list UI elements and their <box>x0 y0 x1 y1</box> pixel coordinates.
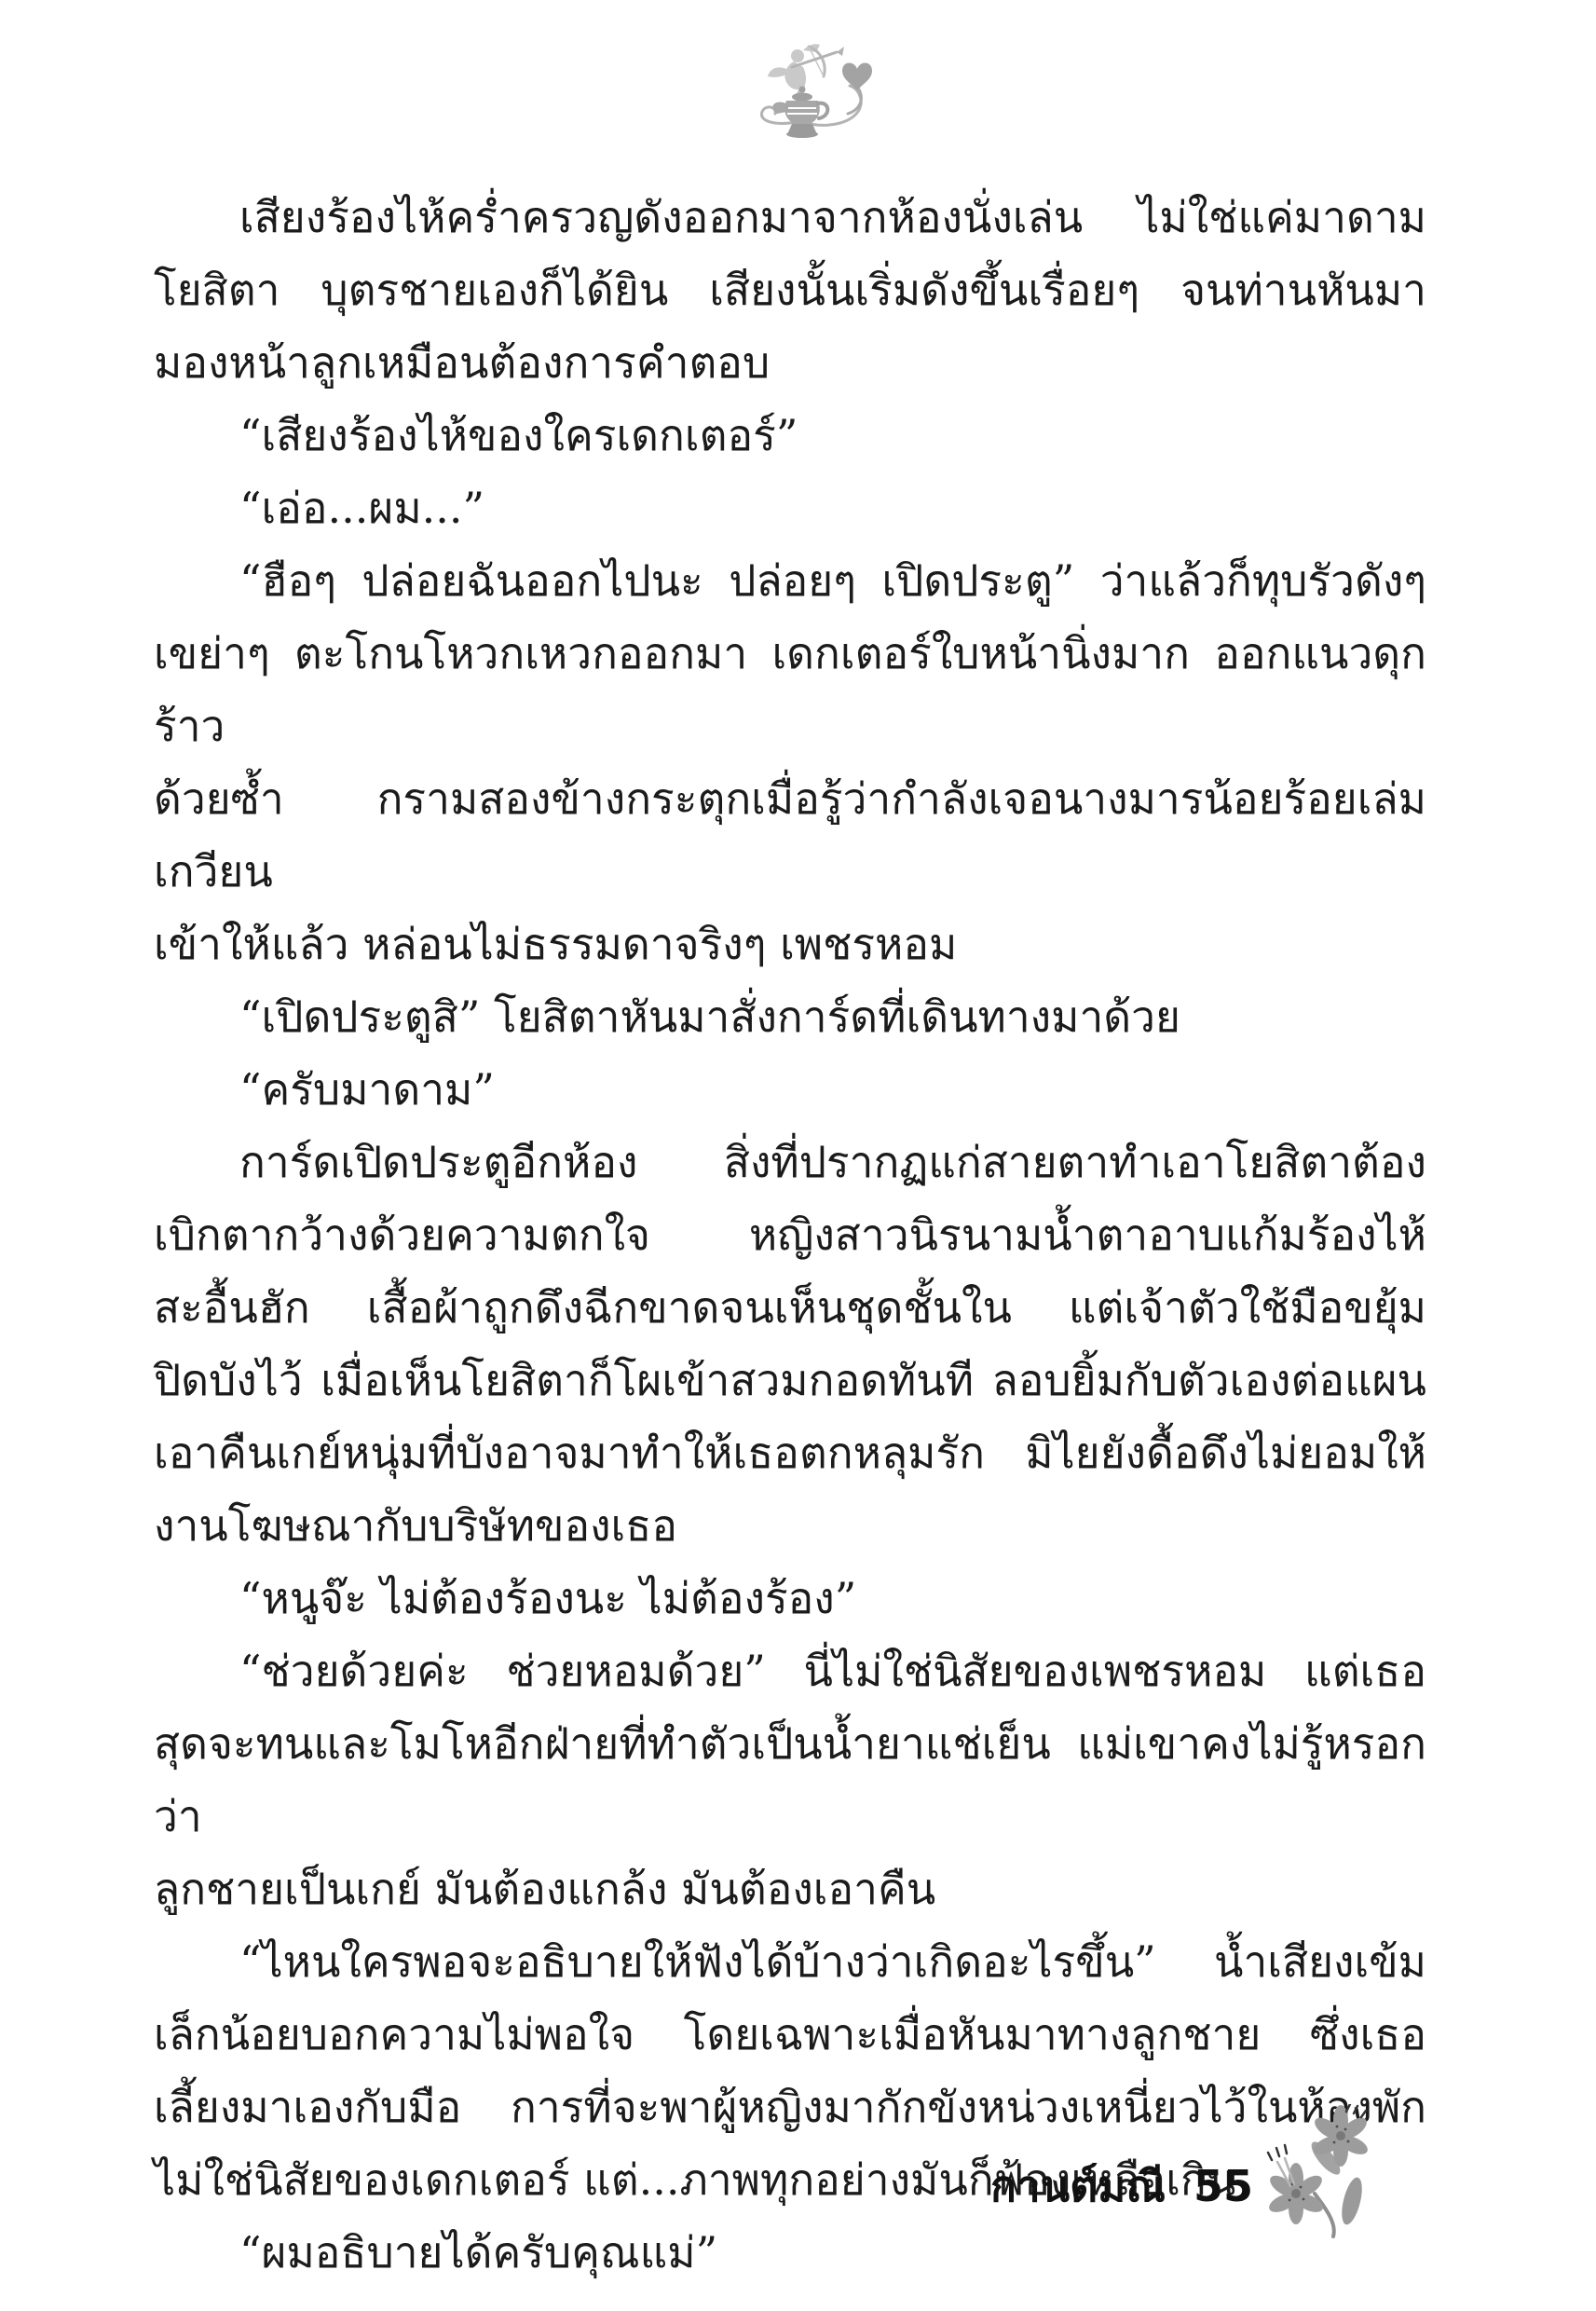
text-line: มองหน้าลูกเหมือนต้องการคำตอบ <box>154 326 1426 399</box>
text-line: “ไหนใครพอจะอธิบายให้ฟังได้บ้างว่าเกิดอะไ… <box>154 1925 1426 1998</box>
text-line: เสียงร้องไห้คร่ำครวญดังออกมาจากห้องนั่งเ… <box>154 181 1426 253</box>
text-line: สะอื้นฮัก เสื้อผ้าถูกดึงฉีกขาดจนเห็นชุดช… <box>154 1271 1426 1344</box>
text-line: ปิดบังไว้ เมื่อเห็นโยสิตาก็โผเข้าสวมกอดท… <box>154 1344 1426 1416</box>
text-line: “เปิดประตูสิ” โยสิตาหันมาสั่งการ์ดที่เดิ… <box>154 980 1426 1053</box>
lily-flowers-icon <box>1261 2104 1376 2240</box>
footer: กานต์มณี55 <box>990 2153 1253 2221</box>
text-line: เล็กน้อยบอกความไม่พอใจ โดยเฉพาะเมื่อหันม… <box>154 1998 1426 2071</box>
text-line: “ช่วยด้วยค่ะ ช่วยหอมด้วย” นี่ไม่ใช่นิสัย… <box>154 1634 1426 1707</box>
text-line: “ครับมาดาม” <box>154 1053 1426 1126</box>
text-line: สุดจะทนและโมโหอีกฝ่ายที่ทำตัวเป็นน้ำยาแช… <box>154 1707 1426 1853</box>
book-page: เสียงร้องไห้คร่ำครวญดังออกมาจากห้องนั่งเ… <box>0 0 1596 2311</box>
text-line: เลี้ยงมาเองกับมือ การที่จะพาผู้หญิงมากัก… <box>154 2071 1426 2143</box>
page-number: 55 <box>1194 2161 1253 2211</box>
text-line: การ์ดเปิดประตูอีกห้อง สิ่งที่ปรากฏแก่สาย… <box>154 1126 1426 1198</box>
text-line: ลูกชายเป็นเกย์ มันต้องแกล้ง มันต้องเอาคื… <box>154 1853 1426 1925</box>
text-line: งานโฆษณากับบริษัทของเธอ <box>154 1489 1426 1562</box>
cupid-genie-lamp-icon <box>719 32 891 142</box>
text-line: “ผมอธิบายได้ครับคุณแม่” <box>154 2216 1426 2289</box>
body-text: เสียงร้องไห้คร่ำครวญดังออกมาจากห้องนั่งเ… <box>154 181 1426 2289</box>
text-line: โยสิตา บุตรชายเองก็ได้ยิน เสียงนั้นเริ่ม… <box>154 253 1426 326</box>
text-line: “ฮือๆ ปล่อยฉันออกไปนะ ปล่อยๆ เปิดประตู” … <box>154 544 1426 617</box>
text-line: เขย่าๆ ตะโกนโหวกเหวกออกมา เดกเตอร์ใบหน้า… <box>154 617 1426 762</box>
text-line: “เอ่อ...ผม...” <box>154 472 1426 544</box>
text-line: เบิกตากว้างด้วยความตกใจ หญิงสาวนิรนามน้ำ… <box>154 1198 1426 1271</box>
text-line: เอาคืนเกย์หนุ่มที่บังอาจมาทำให้เธอตกหลุม… <box>154 1416 1426 1489</box>
running-title: กานต์มณี <box>990 2161 1166 2211</box>
text-line: เข้าให้แล้ว หล่อนไม่ธรรมดาจริงๆ เพชรหอม <box>154 908 1426 980</box>
text-line: “เสียงร้องไห้ของใครเดกเตอร์” <box>154 399 1426 472</box>
text-line: ด้วยซ้ำ กรามสองข้างกระตุกเมื่อรู้ว่ากำลั… <box>154 762 1426 908</box>
text-line: “หนูจ๊ะ ไม่ต้องร้องนะ ไม่ต้องร้อง” <box>154 1562 1426 1634</box>
